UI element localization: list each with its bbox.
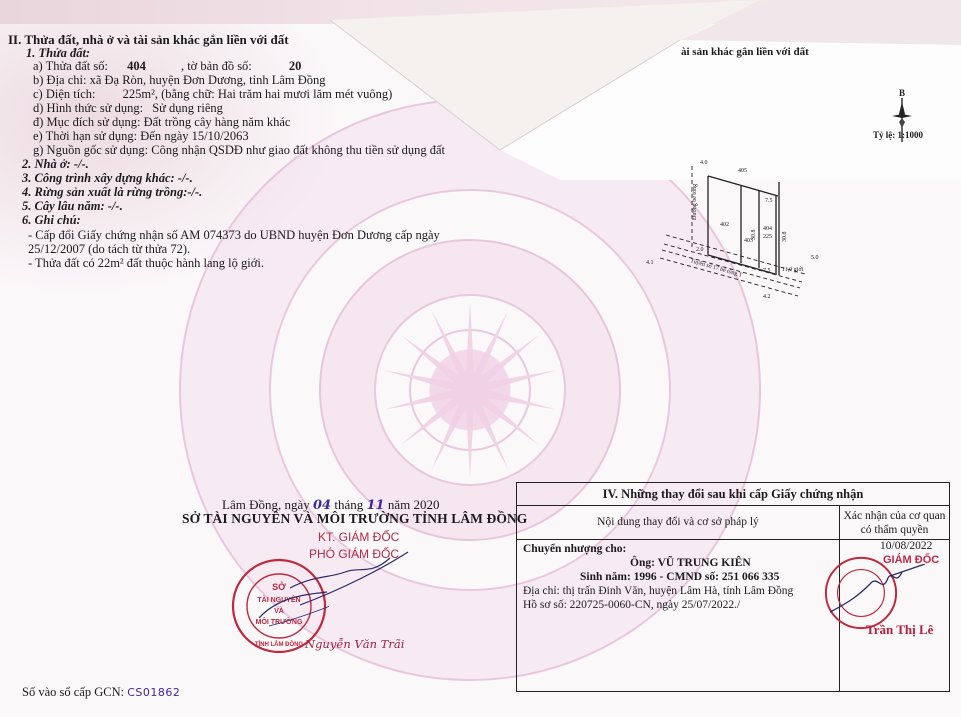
signature-left-icon bbox=[290, 550, 410, 610]
changes-table-title: IV. Những thay đổi sau khi cấp Giấy chứn… bbox=[517, 483, 949, 506]
svg-text:11,0 giới: 11,0 giới bbox=[782, 267, 804, 273]
svg-text:30.8: 30.8 bbox=[751, 230, 757, 241]
plot-diagram: 405 402 403 404 225 7.5 4.0 2.0 7.5 4.1 … bbox=[640, 150, 840, 310]
note-2: 25/12/2007 (do tách từ thửa 72). bbox=[28, 242, 190, 257]
svg-text:402: 402 bbox=[720, 222, 729, 228]
file-number: Hồ sơ số: 220725-0060-CN, ngày 25/07/202… bbox=[523, 599, 740, 611]
kt-title: KT. GIÁM ĐỐC bbox=[318, 530, 399, 544]
perennial-row: 5. Cây lâu năm: -/-. bbox=[22, 199, 123, 214]
origin-row: g) Nguồn gốc sử dụng: Công nhận QSDĐ như… bbox=[33, 143, 445, 158]
svg-text:5.0: 5.0 bbox=[811, 255, 819, 261]
house-row: 2. Nhà ở: -/-. bbox=[22, 157, 89, 172]
area-value: 225m², (bằng chữ: Hai trăm hai mươi lăm … bbox=[123, 87, 393, 101]
confirm-date: 10/08/2022 bbox=[880, 540, 932, 552]
svg-text:2.0: 2.0 bbox=[696, 247, 704, 253]
svg-text:SỞ: SỞ bbox=[272, 581, 286, 592]
svg-text:30.8: 30.8 bbox=[782, 232, 788, 243]
use-form-row: d) Hình thức sử dụng: Sử dụng riêng bbox=[33, 101, 223, 116]
origin-value: Công nhận QSDĐ như giao đất không thu ti… bbox=[151, 143, 445, 157]
svg-text:TỈNH LÂM ĐỒNG: TỈNH LÂM ĐỒNG bbox=[255, 641, 304, 648]
note-3: - Thửa đất có 22m² đất thuộc hành lang l… bbox=[28, 256, 264, 271]
notes-heading: 6. Ghi chú: bbox=[22, 213, 81, 228]
plot-number: 404 bbox=[127, 59, 146, 73]
confirm-signer: Trần Thị Lê bbox=[866, 622, 933, 638]
svg-text:7.5: 7.5 bbox=[763, 268, 771, 274]
plot-number-row: a) Thửa đất số: 404 , tờ bản đồ số: 20 bbox=[33, 59, 301, 74]
map-scale: Tỷ lệ: 1:1000 bbox=[873, 130, 923, 140]
purpose-value: Đất trồng cây hàng năm khác bbox=[144, 115, 291, 129]
note-1: - Cấp đổi Giấy chứng nhận số AM 074373 d… bbox=[28, 228, 440, 243]
registry-number: Số vào sổ cấp GCN: CS01862 bbox=[22, 685, 180, 700]
svg-text:405: 405 bbox=[738, 168, 747, 174]
svg-text:4.0: 4.0 bbox=[700, 160, 708, 166]
svg-text:225: 225 bbox=[763, 234, 772, 240]
table-row: Chuyển nhượng cho: Ông: VŨ TRUNG KIÊN Si… bbox=[517, 540, 949, 691]
col-content-header: Nội dung thay đổi và cơ sở pháp lý bbox=[517, 506, 840, 539]
left-signer-name: Nguyễn Văn Trãi bbox=[305, 637, 404, 651]
svg-text:4.1: 4.1 bbox=[646, 260, 654, 266]
transferee-birth-id: Sinh năm: 1996 - CMND số: 251 066 335 bbox=[580, 571, 779, 583]
col-confirm-header: Xác nhận của cơ quan có thẩm quyền bbox=[840, 506, 949, 539]
transfer-heading: Chuyển nhượng cho: bbox=[523, 543, 626, 555]
issuing-agency: SỞ TÀI NGUYÊN VÀ MÔI TRƯỜNG TỈNH LÂM ĐỒN… bbox=[182, 511, 527, 527]
term-value: Đến ngày 15/10/2063 bbox=[140, 129, 248, 143]
transferee-address: Địa chỉ: thị trấn Đinh Văn, huyện Lâm Hà… bbox=[523, 585, 793, 597]
svg-text:Đường bê tông: Đường bê tông bbox=[692, 184, 698, 220]
transferee-name: Ông: VŨ TRUNG KIÊN bbox=[630, 557, 751, 569]
other-construction-row: 3. Công trình xây dựng khác: -/-. bbox=[22, 171, 193, 186]
forest-row: 4. Rừng sản xuất là rừng trồng:-/-. bbox=[22, 185, 202, 200]
background-strip bbox=[0, 0, 961, 24]
registry-number-value: CS01862 bbox=[127, 686, 180, 699]
svg-text:VÀ: VÀ bbox=[274, 606, 284, 615]
map-panel-heading: ài sản khác gắn liền với đất bbox=[681, 46, 809, 58]
map-sheet-number: 20 bbox=[289, 59, 302, 73]
svg-text:4.2: 4.2 bbox=[763, 294, 771, 300]
north-label: B bbox=[899, 88, 905, 98]
address-value: xã Đạ Ròn, huyện Đơn Dương, tỉnh Lâm Đồn… bbox=[90, 73, 326, 87]
signature-right-icon bbox=[830, 564, 930, 614]
purpose-row: đ) Mục đích sử dụng: Đất trồng cây hàng … bbox=[33, 115, 290, 130]
svg-text:404: 404 bbox=[763, 226, 772, 232]
svg-text:7.5: 7.5 bbox=[765, 198, 773, 204]
area-row: c) Diện tích: 225m², (bằng chữ: Hai trăm… bbox=[33, 87, 392, 102]
term-row: e) Thời hạn sử dụng: Đến ngày 15/10/2063 bbox=[33, 129, 249, 144]
address-row: b) Địa chỉ: xã Đạ Ròn, huyện Đơn Dương, … bbox=[33, 73, 326, 88]
use-form-value: Sử dụng riêng bbox=[152, 101, 223, 115]
changes-table: IV. Những thay đổi sau khi cấp Giấy chứn… bbox=[516, 482, 950, 692]
